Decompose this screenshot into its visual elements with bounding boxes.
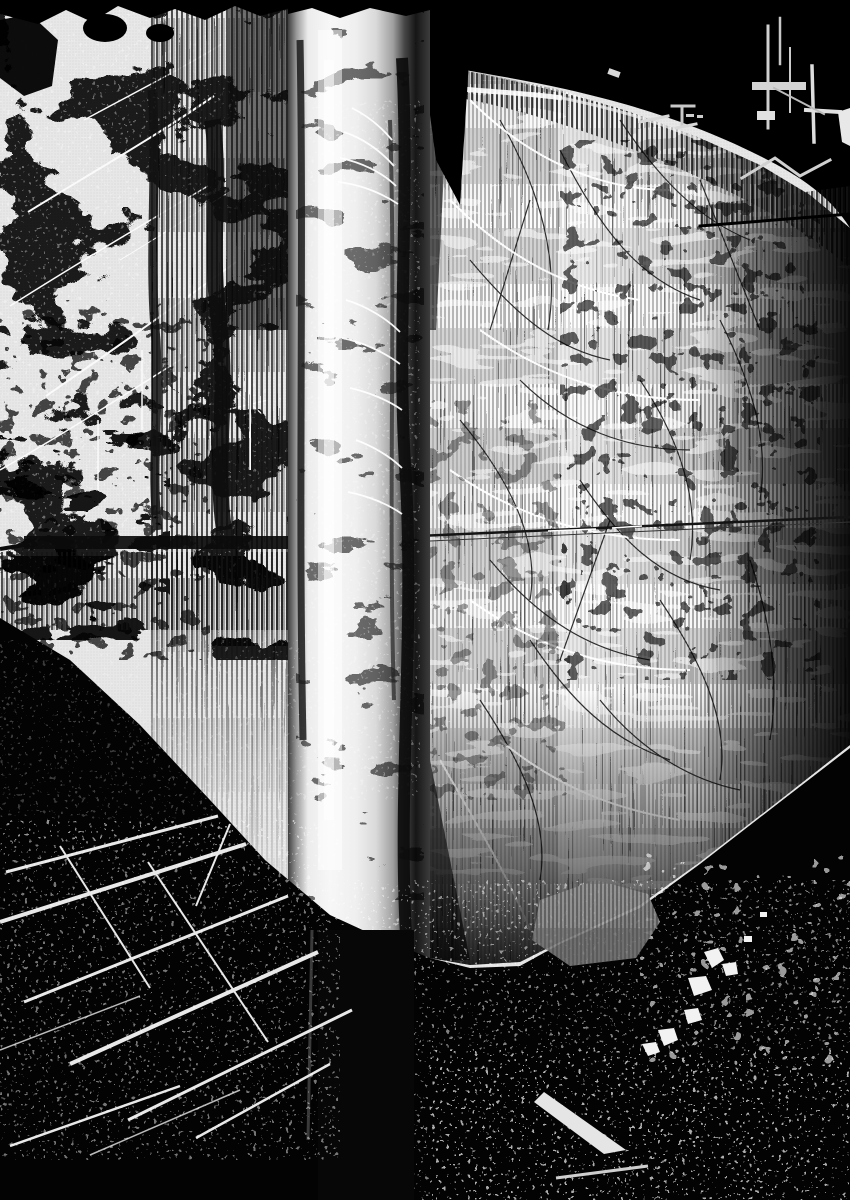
panel-artwork xyxy=(0,0,850,1200)
trunk-shadow xyxy=(212,120,224,530)
manga-panel xyxy=(0,0,850,1200)
seam-wire-left xyxy=(0,536,302,549)
